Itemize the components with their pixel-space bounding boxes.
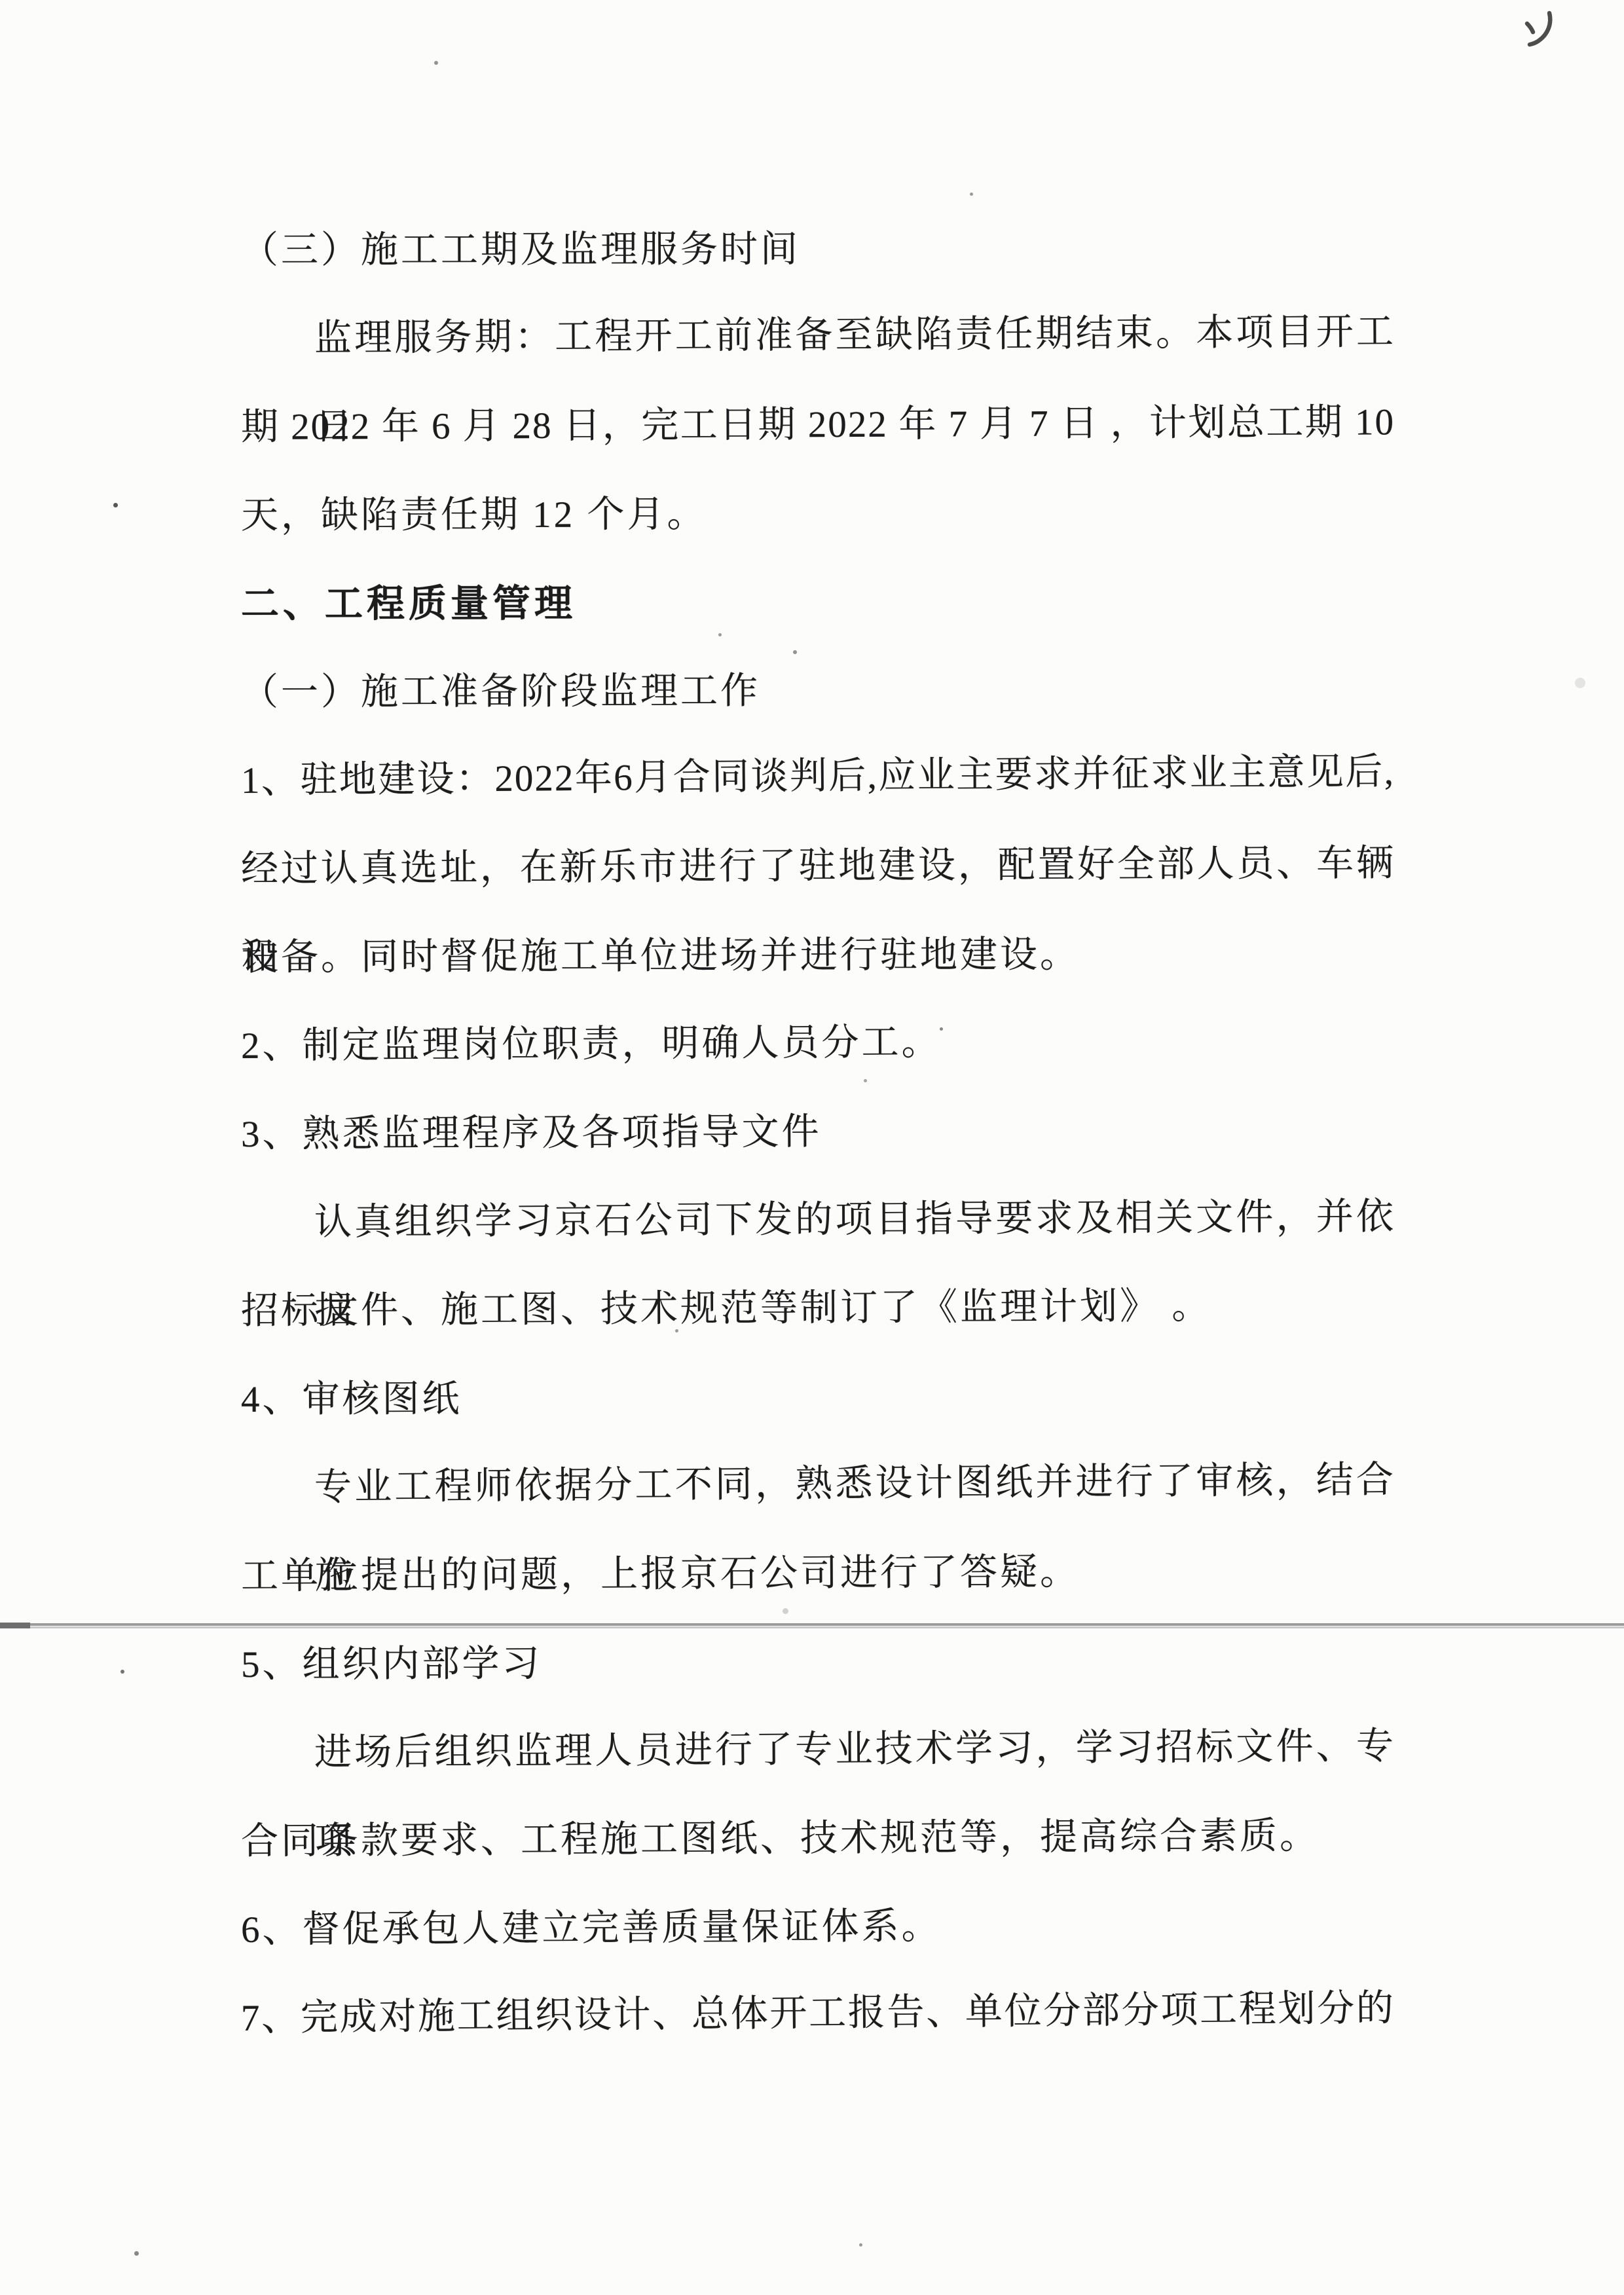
scan-speck	[970, 193, 973, 196]
text-line: 天，缺陷责任期 12 个月。	[241, 468, 1395, 560]
text-line: 7、完成对施工组织设计、总体开工报告、单位分部分项工程划分的	[240, 1964, 1395, 2063]
scan-speck	[783, 1608, 788, 1614]
text-line: 1、驻地建设：2022年6月合同谈判后,应业主要求并征求业主意见后,	[240, 727, 1395, 825]
text-line: 进场后组织监理人员进行了专业技术学习，学习招标文件、专项	[241, 1702, 1395, 1797]
scan-speck	[120, 1670, 124, 1674]
handwritten-mark	[1521, 8, 1562, 56]
divider-top-rule	[0, 1623, 1624, 1626]
text-line: 二、工程质量管理	[241, 558, 1395, 648]
text-line: 认真组织学习京石公司下发的项目指导要求及相关文件，并依据	[241, 1173, 1395, 1267]
scan-speck	[1575, 678, 1585, 688]
text-line: （三）施工工期及监理服务时间	[241, 204, 1395, 295]
scan-speck	[864, 1079, 867, 1082]
scan-speck	[940, 1027, 943, 1031]
text-line: 工单位提出的问题，上报京石公司进行了答疑。	[241, 1526, 1395, 1621]
scan-speck	[113, 503, 118, 507]
text-line: 监理服务期：工程开工前准备至缺陷责任期结束。本项目开工日	[241, 287, 1395, 383]
scan-speck	[434, 61, 438, 65]
document-text-block: （三）施工工期及监理服务时间监理服务期：工程开工前准备至缺陷责任期结束。本项目开…	[241, 206, 1395, 2063]
text-line: 3、熟悉监理程序及各项指导文件	[241, 1085, 1395, 1179]
scan-speck	[859, 2243, 862, 2247]
text-line: （一）施工准备阶段监理工作	[241, 645, 1395, 737]
text-line: 专业工程师依据分工不同，熟悉设计图纸并进行了审核，结合施	[241, 1436, 1395, 1532]
text-line: 4、审核图纸	[241, 1353, 1395, 1444]
text-line: 5、组织内部学习	[241, 1617, 1395, 1709]
text-line: 期 2022 年 6 月 28 日，完工日期 2022 年 7 月 7 日 ，计…	[241, 378, 1395, 471]
text-line: 合同条款要求、工程施工图纸、技术规范等，提高综合素质。	[241, 1791, 1395, 1886]
scanned-document-page: （三）施工工期及监理服务时间监理服务期：工程开工前准备至缺陷责任期结束。本项目开…	[0, 0, 1624, 2295]
text-line: 2、制定监理岗位职责，明确人员分工。	[241, 996, 1395, 1090]
scan-speck	[675, 1329, 678, 1332]
scan-speck	[718, 633, 722, 636]
divider-bottom-rule	[0, 1626, 1624, 1628]
scan-speck	[793, 650, 797, 654]
scan-divider-line	[0, 1623, 1624, 1630]
text-line: 经过认真选址，在新乐市进行了驻地建设，配置好全部人员、车辆和	[241, 819, 1395, 913]
divider-left-dark-segment	[0, 1623, 30, 1628]
scan-speck	[134, 2251, 139, 2256]
text-line: 招标文件、施工图、技术规范等制订了《监理计划》 。	[241, 1261, 1395, 1355]
text-line: 6、督促承包人建立完善质量保证体系。	[241, 1880, 1395, 1974]
text-line: 设备。同时督促施工单位进场并进行驻地建设。	[241, 909, 1395, 1002]
